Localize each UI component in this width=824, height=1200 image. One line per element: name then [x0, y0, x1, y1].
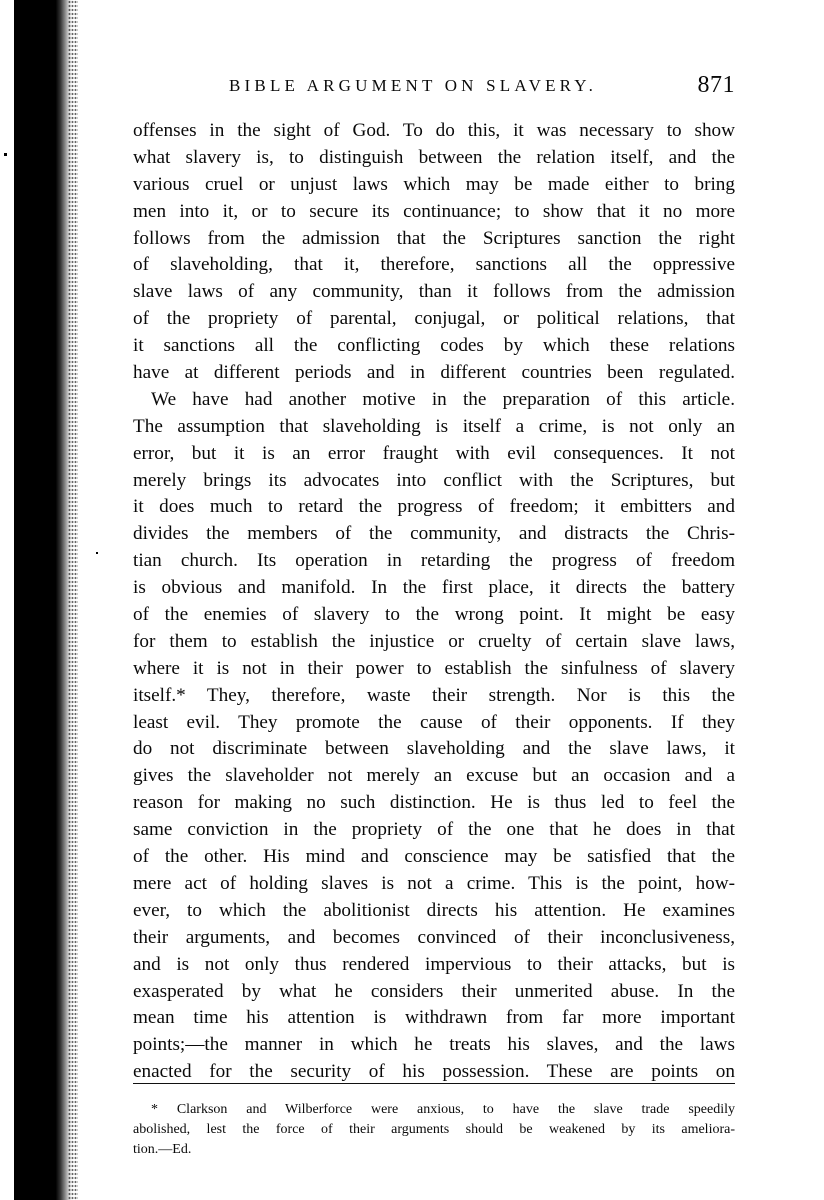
text-line: points;—the manner in which he treats hi… — [133, 1032, 735, 1059]
text-line: their arguments, and becomes convinced o… — [133, 925, 735, 952]
running-head: BIBLE ARGUMENT ON SLAVERY. 871 — [133, 72, 735, 108]
text-line: of slaveholding, that it, therefore, san… — [133, 252, 735, 279]
book-page: BIBLE ARGUMENT ON SLAVERY. 871 offenses … — [133, 72, 735, 108]
text-line: it does much to retard the progress of f… — [133, 494, 735, 521]
scan-edge-shadow — [14, 0, 72, 1200]
footnote-line: tion.—Ed. — [133, 1140, 735, 1160]
body-text: offenses in the sight of God. To do this… — [133, 118, 735, 1086]
scan-speck — [96, 552, 98, 554]
text-line: and is not only thus rendered impervious… — [133, 952, 735, 979]
text-line: of the other. His mind and conscience ma… — [133, 844, 735, 871]
footnote-reference-line: itself.* They, therefore, waste their st… — [133, 683, 735, 710]
scan-speck — [4, 153, 7, 156]
text-line: slave laws of any community, than it fol… — [133, 279, 735, 306]
text-line: for them to establish the injustice or c… — [133, 629, 735, 656]
text-line: what slavery is, to distinguish between … — [133, 145, 735, 172]
text-line: divides the members of the community, an… — [133, 521, 735, 548]
text-line: gives the slaveholder not merely an excu… — [133, 763, 735, 790]
text-line: mere act of holding slaves is not a crim… — [133, 871, 735, 898]
text-line: men into it, or to secure its continuanc… — [133, 199, 735, 226]
paragraph-start-line: We have had another motive in the prepar… — [133, 387, 735, 414]
text-line: of the enemies of slavery to the wrong p… — [133, 602, 735, 629]
text-line: various cruel or unjust laws which may b… — [133, 172, 735, 199]
text-line: error, but it is an error fraught with e… — [133, 441, 735, 468]
text-line: reason for making no such distinction. H… — [133, 790, 735, 817]
text-line: offenses in the sight of God. To do this… — [133, 118, 735, 145]
text-line: exasperated by what he considers their u… — [133, 979, 735, 1006]
page-number: 871 — [698, 72, 736, 99]
text-line: ever, to which the abolitionist directs … — [133, 898, 735, 925]
text-line: The assumption that slaveholding is itse… — [133, 414, 735, 441]
text-line: have at different periods and in differe… — [133, 360, 735, 387]
text-line: of the propriety of parental, conjugal, … — [133, 306, 735, 333]
text-line: same conviction in the propriety of the … — [133, 817, 735, 844]
text-line: where it is not in their power to establ… — [133, 656, 735, 683]
text-line: is obvious and manifold. In the first pl… — [133, 575, 735, 602]
text-line: do not discriminate between slaveholding… — [133, 736, 735, 763]
footnote: * Clarkson and Wilberforce were anxious,… — [133, 1100, 735, 1160]
text-line: tian church. Its operation in retarding … — [133, 548, 735, 575]
text-line: it sanctions all the conflicting codes b… — [133, 333, 735, 360]
footnote-separator-rule — [133, 1083, 735, 1084]
running-title: BIBLE ARGUMENT ON SLAVERY. — [229, 76, 597, 96]
text-line: mean time his attention is withdrawn fro… — [133, 1005, 735, 1032]
footnote-line: * Clarkson and Wilberforce were anxious,… — [133, 1100, 735, 1120]
text-line: merely brings its advocates into conflic… — [133, 468, 735, 495]
text-line: least evil. They promote the cause of th… — [133, 710, 735, 737]
footnote-line: abolished, lest the force of their argum… — [133, 1120, 735, 1140]
text-line: follows from the admission that the Scri… — [133, 226, 735, 253]
